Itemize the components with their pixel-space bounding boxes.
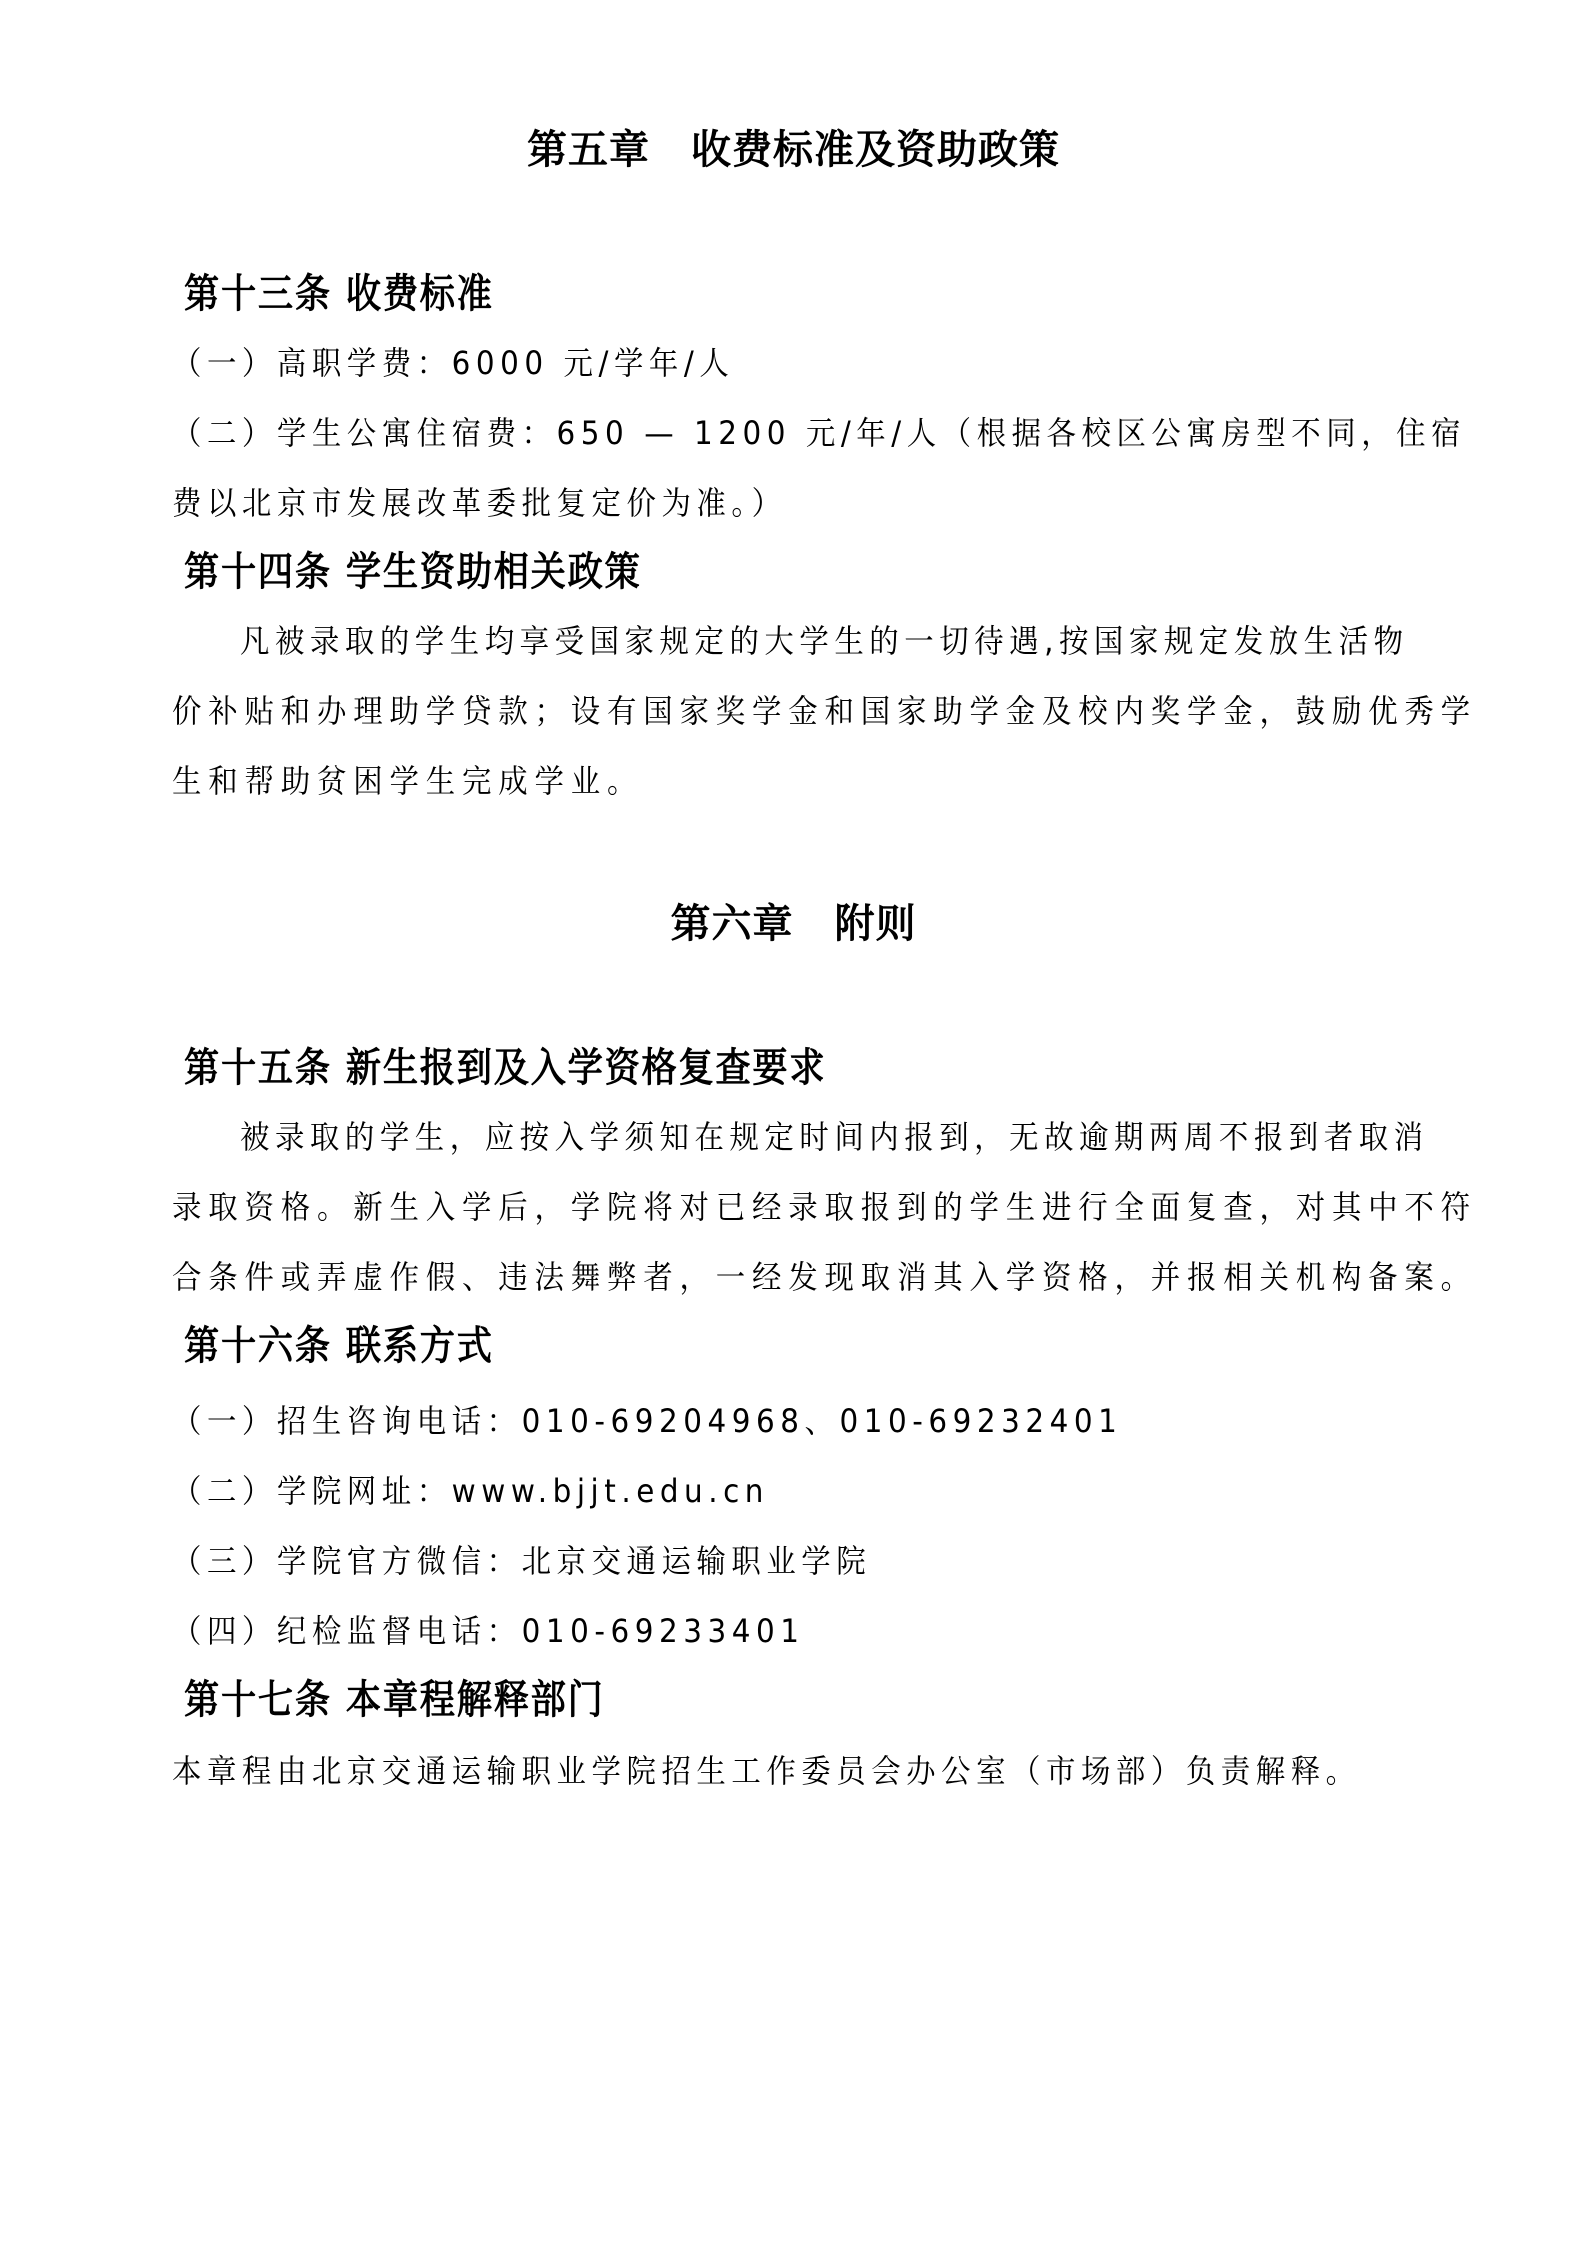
article-16-heading: 第十六条 联系方式 (184, 1314, 494, 1371)
article-13-item-2-cont: 费以北京市发展改革委批复定价为准。） (172, 478, 787, 524)
article-14-line-2: 价补贴和办理助学贷款；设有国家奖学金和国家助学金及校内奖学金，鼓励优秀学 (172, 686, 1477, 732)
article-15-line-1: 被录取的学生，应按入学须知在规定时间内报到，无故逾期两周不报到者取消 (240, 1112, 1429, 1158)
article-16-item-2: （二）学院网址：www.bjjt.edu.cn (172, 1466, 769, 1512)
chapter-5-title: 第五章 收费标准及资助政策 (0, 118, 1587, 175)
article-15-heading: 第十五条 新生报到及入学资格复查要求 (184, 1036, 826, 1093)
article-13-item-1: （一）高职学费：6000 元/学年/人 (172, 338, 734, 384)
article-15-line-2: 录取资格。新生入学后，学院将对已经录取报到的学生进行全面复查，对其中不符 (172, 1182, 1477, 1228)
article-14-line-3: 生和帮助贫困学生完成学业。 (172, 756, 643, 802)
chapter-6-title: 第六章 附则 (0, 892, 1587, 949)
article-16-item-3: （三）学院官方微信：北京交通运输职业学院 (172, 1536, 871, 1582)
article-17-heading: 第十七条 本章程解释部门 (184, 1668, 605, 1725)
article-16-item-1: （一）招生咨询电话：010-69204968、010-69232401 (172, 1396, 1122, 1442)
article-14-heading: 第十四条 学生资助相关政策 (184, 540, 642, 597)
article-13-item-2: （二）学生公寓住宿费：650 — 1200 元/年/人（根据各校区公寓房型不同，… (172, 408, 1466, 454)
article-15-line-3: 合条件或弄虚作假、违法舞弊者，一经发现取消其入学资格，并报相关机构备案。 (172, 1252, 1477, 1298)
article-17-line-1: 本章程由北京交通运输职业学院招生工作委员会办公室（市场部）负责解释。 (172, 1746, 1361, 1792)
document-page: 第五章 收费标准及资助政策 第十三条 收费标准 （一）高职学费：6000 元/学… (0, 0, 1587, 2245)
article-14-line-1: 凡被录取的学生均享受国家规定的大学生的一切待遇,按国家规定发放生活物 (240, 616, 1409, 662)
article-16-item-4: （四）纪检监督电话：010-69233401 (172, 1606, 805, 1652)
article-13-heading: 第十三条 收费标准 (184, 262, 494, 319)
